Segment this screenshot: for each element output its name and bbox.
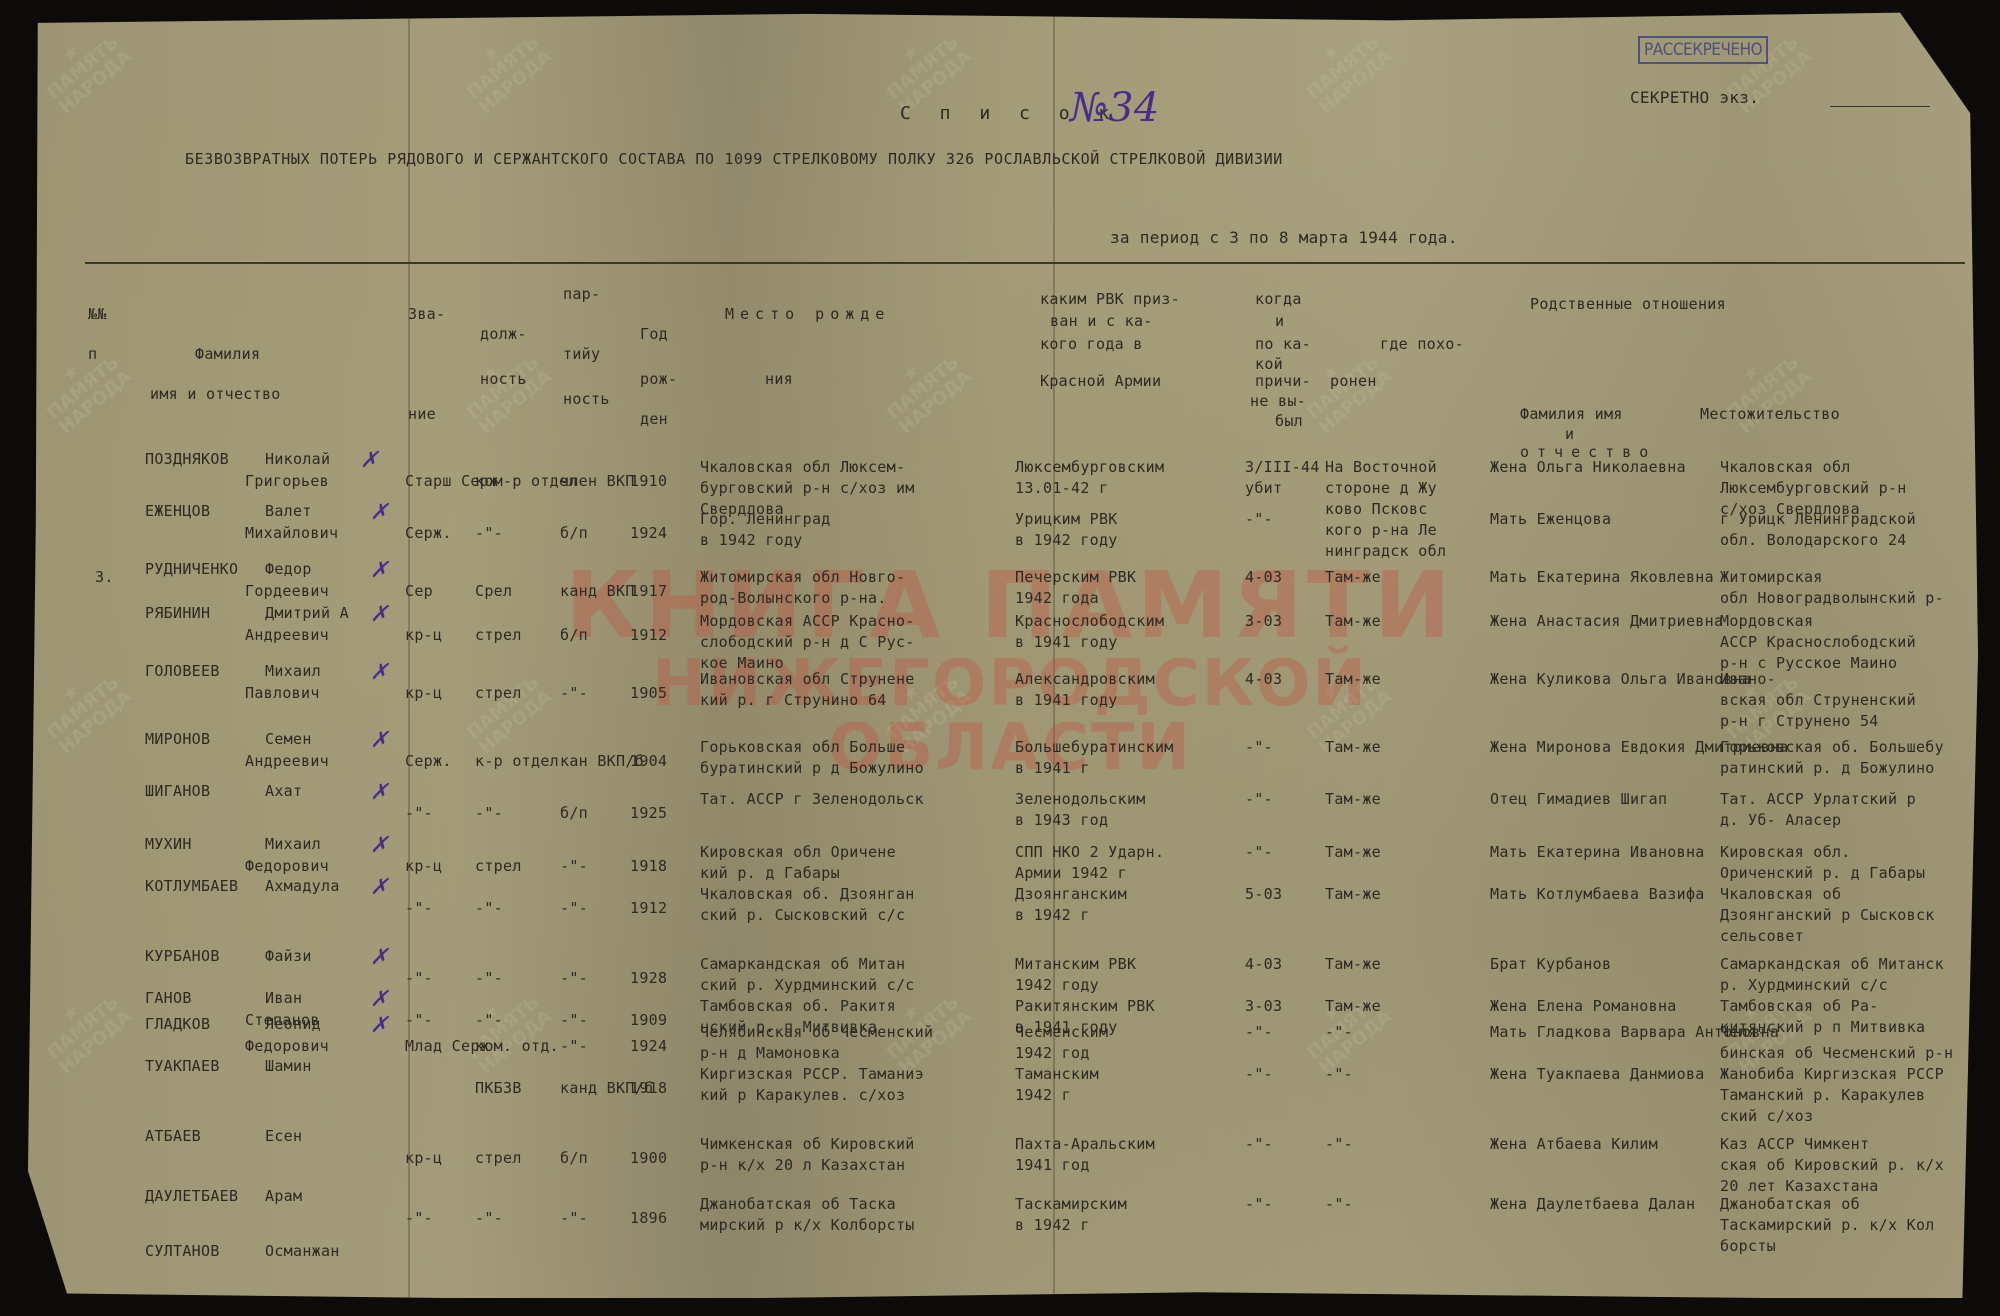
draft-office: Чесменским <box>1015 1023 1108 1041</box>
given-name: Ахмадула <box>265 877 340 895</box>
given-name: Николай <box>265 450 330 468</box>
given-name: Ахат <box>265 782 302 800</box>
birth-year: 1918 <box>630 1079 667 1097</box>
relative-name: Брат Курбанов <box>1490 955 1611 973</box>
draft-office: Урицким РВК <box>1015 510 1118 528</box>
draft-office: 13.01-42 г <box>1015 479 1108 497</box>
party-membership: -"- <box>560 857 588 875</box>
given-name: Иван <box>265 989 302 1007</box>
check-mark: ✗ <box>370 660 389 685</box>
draft-office: 1942 г <box>1015 1086 1071 1104</box>
relative-address: Чкаловская обл <box>1720 458 1851 476</box>
row-number: 3. <box>95 568 114 586</box>
rank: Сер <box>405 582 433 600</box>
birthplace: род-Волынского р-на. <box>700 589 887 607</box>
header-rank-sub: ние <box>408 405 436 423</box>
relative-name: Жена Туакпаева Данмиова <box>1490 1065 1705 1083</box>
rank: Серж. <box>405 524 452 542</box>
header-rule <box>85 262 1965 264</box>
party-membership: -"- <box>560 1037 588 1055</box>
header-when-6: не вы- <box>1250 392 1306 410</box>
header-draft-4: Красной Армии <box>1040 372 1161 390</box>
party-membership: б/п <box>560 626 588 644</box>
birthplace: Киргизская РССР. Таманиэ <box>700 1065 924 1083</box>
birthplace: кий р. д Габары <box>700 864 840 882</box>
position: стрел <box>475 684 522 702</box>
relative-address: Тат. АССР Урлатский р <box>1720 790 1916 808</box>
date-and-cause: 5-03 <box>1245 885 1282 903</box>
position: стрел <box>475 626 522 644</box>
date-and-cause: 4-03 <box>1245 955 1282 973</box>
relative-address: Тамбовская об Ра- <box>1720 997 1879 1015</box>
header-residence: Местожительство <box>1700 405 1840 423</box>
check-mark: ✗ <box>370 558 389 583</box>
birth-year: 1900 <box>630 1149 667 1167</box>
relative-address: Ориченский р. д Габары <box>1720 864 1925 882</box>
reporting-period: за период с 3 по 8 марта 1944 года. <box>1110 228 1458 247</box>
position: -"- <box>475 1209 503 1227</box>
relative-name: Жена Куликова Ольга Ивановна <box>1490 670 1751 688</box>
relative-name: Жена Елена Романовна <box>1490 997 1677 1015</box>
birth-year: 1917 <box>630 582 667 600</box>
given-name: Шамин <box>265 1057 312 1075</box>
fold-line <box>1053 10 1055 1300</box>
draft-office: в 1942 году <box>1015 531 1118 549</box>
rank: -"- <box>405 1011 433 1029</box>
position: -"- <box>475 1011 503 1029</box>
birthplace: Гор. Ленинград <box>700 510 831 528</box>
date-and-cause: -"- <box>1245 738 1273 756</box>
header-rank: Зва- <box>408 305 445 323</box>
relative-address: обл. Володарского 24 <box>1720 531 1907 549</box>
birthplace: Кировская обл Оричене <box>700 843 896 861</box>
draft-office: 1942 год <box>1015 1044 1090 1062</box>
birth-year: 1928 <box>630 969 667 987</box>
burial-place: Там-же <box>1325 955 1381 973</box>
check-mark: ✗ <box>370 875 389 900</box>
relative-address: ский с/хоз <box>1720 1107 1813 1125</box>
burial-place: ково Псковс <box>1325 500 1428 518</box>
patronymic: Григорьев <box>245 472 329 490</box>
party-membership: -"- <box>560 899 588 917</box>
party-membership: б/п <box>560 1149 588 1167</box>
relative-address: Дзоянганский р Сысковск <box>1720 906 1935 924</box>
birthplace: Чкаловская об. Дзоянган <box>700 885 915 903</box>
relative-address: Кировская обл. <box>1720 843 1851 861</box>
party-membership: -"- <box>560 969 588 987</box>
party-membership: -"- <box>560 1209 588 1227</box>
position: -"- <box>475 804 503 822</box>
relative-address: Жанобиба Киргизская РССР <box>1720 1065 1944 1083</box>
position: стрел <box>475 1149 522 1167</box>
relative-address: Житомирская <box>1720 568 1823 586</box>
relative-address: Челя- <box>1720 1023 1767 1041</box>
burial-place: Там-же <box>1325 612 1381 630</box>
header-draft: каким РВК приз- <box>1040 290 1180 308</box>
relative-address: бинская об Чесменский р-н <box>1720 1044 1953 1062</box>
secrecy-label: СЕКРЕТНО экз. <box>1630 88 1759 107</box>
position: ПКБЗВ <box>475 1079 522 1097</box>
check-mark: ✗ <box>360 448 379 473</box>
header-position: долж- <box>480 325 527 343</box>
birthplace: Самаркандская об Митан <box>700 955 905 973</box>
scan-edge-left <box>0 0 28 1316</box>
draft-office: в 1943 год <box>1015 811 1108 829</box>
draft-office: Пахта-Аральским <box>1015 1135 1155 1153</box>
birth-year: 1909 <box>630 1011 667 1029</box>
relative-name: Мать Екатерина Яковлевна <box>1490 568 1714 586</box>
header-burial: где похо- <box>1380 335 1464 353</box>
rank: -"- <box>405 899 433 917</box>
given-name: Арам <box>265 1187 302 1205</box>
relative-address: ская об Кировский р. к/х <box>1720 1156 1944 1174</box>
surname: МУХИН <box>145 835 192 853</box>
position: -"- <box>475 899 503 917</box>
surname: ГЛАДКОВ <box>145 1015 210 1033</box>
birth-year: 1905 <box>630 684 667 702</box>
burial-place: Там-же <box>1325 568 1381 586</box>
draft-office: Зеленодольским <box>1015 790 1146 808</box>
birthplace: в 1942 году <box>700 531 803 549</box>
surname: ПОЗДНЯКОВ <box>145 450 229 468</box>
copy-number-line <box>1830 106 1930 107</box>
surname: ШИГАНОВ <box>145 782 210 800</box>
burial-place: Там-же <box>1325 997 1381 1015</box>
declassified-stamp: РАССЕКРЕЧЕНО <box>1638 36 1768 64</box>
date-and-cause: -"- <box>1245 1195 1273 1213</box>
burial-place: Там-же <box>1325 738 1381 756</box>
relative-address: р. Хурдминский с/с <box>1720 976 1888 994</box>
birthplace: Горьковская обл Больше <box>700 738 905 756</box>
surname: ДАУЛЕТБАЕВ <box>145 1187 238 1205</box>
relative-address: Чкаловская об <box>1720 885 1841 903</box>
header-birthplace-sub: ния <box>765 370 793 388</box>
date-and-cause: -"- <box>1245 1065 1273 1083</box>
burial-place: нинградск обл <box>1325 542 1446 560</box>
relative-address: ратинский р. д Божулино <box>1720 759 1935 777</box>
date-and-cause: -"- <box>1245 843 1273 861</box>
birthplace: бурговский р-н с/хоз им <box>700 479 915 497</box>
birthplace: ский р. Сысковский с/с <box>700 906 905 924</box>
draft-office: Митанским РВК <box>1015 955 1136 973</box>
party-membership: -"- <box>560 1011 588 1029</box>
burial-place: -"- <box>1325 1023 1353 1041</box>
header-year-2: рож- <box>640 370 677 388</box>
rank: кр-ц <box>405 626 442 644</box>
given-name: Семен <box>265 730 312 748</box>
list-number: №34 <box>1070 85 1160 131</box>
burial-place: Там-же <box>1325 885 1381 903</box>
date-and-cause: -"- <box>1245 790 1273 808</box>
birthplace: буратинский р д Божулино <box>700 759 924 777</box>
surname: ГАНОВ <box>145 989 192 1007</box>
draft-office: Краснослободским <box>1015 612 1164 630</box>
check-mark: ✗ <box>370 833 389 858</box>
fold-line <box>408 10 410 1300</box>
header-party-3: ность <box>563 390 610 408</box>
patronymic: Федорович <box>245 1037 329 1055</box>
surname: РУДНИЧЕНКО <box>145 560 238 578</box>
header-year: Год <box>640 325 668 343</box>
relative-address: Таскамирский р. к/х Кол <box>1720 1216 1935 1234</box>
check-mark: ✗ <box>370 945 389 970</box>
relative-address: Люксембурговский р-н <box>1720 479 1907 497</box>
birthplace: кий р. г Струнино 64 <box>700 691 887 709</box>
birthplace: Ивановская обл Струнене <box>700 670 915 688</box>
surname: КОТЛУМБАЕВ <box>145 877 238 895</box>
header-party-2: тийу <box>563 345 600 363</box>
given-name: Леонид <box>265 1015 321 1033</box>
birthplace: мирский р к/х Колборсты <box>700 1216 915 1234</box>
surname: АТБАЕВ <box>145 1127 201 1145</box>
relative-address: Каз АССР Чимкент <box>1720 1135 1869 1153</box>
party-membership: член ВКП <box>560 472 635 490</box>
birthplace: р-н к/х 20 л Казахстан <box>700 1156 905 1174</box>
check-mark: ✗ <box>370 728 389 753</box>
burial-place: -"- <box>1325 1065 1353 1083</box>
check-mark: ✗ <box>370 602 389 627</box>
document-subtitle: безвозвратных потерь рядового и сержантс… <box>185 150 1283 168</box>
date-and-cause: 4-03 <box>1245 568 1282 586</box>
draft-office: 1942 году <box>1015 976 1099 994</box>
burial-place: Там-же <box>1325 790 1381 808</box>
header-given-name: имя и отчество <box>150 385 281 403</box>
birth-year: 1910 <box>630 472 667 490</box>
rank: кр-ц <box>405 1149 442 1167</box>
patronymic: Андреевич <box>245 626 329 644</box>
party-membership: б/п <box>560 804 588 822</box>
surname: СУЛТАНОВ <box>145 1242 220 1260</box>
rank: кр-ц <box>405 857 442 875</box>
birthplace: р-н д Мамоновка <box>700 1044 840 1062</box>
header-draft-2: ван и с ка- <box>1050 312 1153 330</box>
header-when-5: причи- <box>1255 372 1311 390</box>
relative-name: Жена Даулетбаева Далан <box>1490 1195 1695 1213</box>
birthplace: Челябинская об Чесменский <box>700 1023 933 1041</box>
relative-address: АССР Краснослободский <box>1720 633 1916 651</box>
position: стрел <box>475 857 522 875</box>
relative-address: Ивано- <box>1720 670 1776 688</box>
relative-address: р-н г Струнено 54 <box>1720 712 1879 730</box>
header-when: когда <box>1255 290 1302 308</box>
burial-place: -"- <box>1325 1135 1353 1153</box>
surname: ТУАКПАЕВ <box>145 1057 220 1075</box>
birth-year: 1925 <box>630 804 667 822</box>
birth-year: 1896 <box>630 1209 667 1227</box>
surname: ГОЛОВЕЕВ <box>145 662 220 680</box>
burial-place: стороне д Жу <box>1325 479 1437 497</box>
header-num-sub: п <box>88 345 97 363</box>
relative-address: Горьковская об. Большебу <box>1720 738 1944 756</box>
surname: РЯБИНИН <box>145 604 210 622</box>
draft-office: 1942 года <box>1015 589 1099 607</box>
scan-edge-right <box>1985 0 2000 1316</box>
date-and-cause: -"- <box>1245 510 1273 528</box>
draft-office: Таскамирским <box>1015 1195 1127 1213</box>
scan-edge-bottom <box>0 1298 2000 1316</box>
position: Срел <box>475 582 512 600</box>
given-name: Файзи <box>265 947 312 965</box>
relative-name: Жена Анастасия Дмитриевна <box>1490 612 1723 630</box>
birthplace: кий р Каракулев. с/хоз <box>700 1086 905 1104</box>
relative-address: сельсовет <box>1720 927 1804 945</box>
party-membership: канд ВКП <box>560 582 635 600</box>
burial-place: На Восточной <box>1325 458 1437 476</box>
burial-place: кого р-на Ле <box>1325 521 1437 539</box>
burial-place: -"- <box>1325 1195 1353 1213</box>
header-relative-name: Фамилия имя <box>1520 405 1623 423</box>
relative-name: Мать Еженцова <box>1490 510 1611 528</box>
header-party: пар- <box>563 285 600 303</box>
check-mark: ✗ <box>370 1013 389 1038</box>
birthplace: Житомирская обл Новго- <box>700 568 905 586</box>
draft-office: СПП НКО 2 Ударн. <box>1015 843 1164 861</box>
date-and-cause: 4-03 <box>1245 670 1282 688</box>
relative-address: Самаркандская об Митанск <box>1720 955 1944 973</box>
date-and-cause: 3-03 <box>1245 997 1282 1015</box>
birthplace: ский р. Хурдминский с/с <box>700 976 915 994</box>
patronymic: Федорович <box>245 857 329 875</box>
burial-place: Там-же <box>1325 843 1381 861</box>
check-mark: ✗ <box>370 500 389 525</box>
given-name: Османжан <box>265 1242 340 1260</box>
date-and-cause: 3-03 <box>1245 612 1282 630</box>
header-draft-3: кого года в <box>1040 335 1143 353</box>
relative-address: вская обл Струненский <box>1720 691 1916 709</box>
rank: -"- <box>405 1209 433 1227</box>
position: ком. отд. <box>475 1037 559 1055</box>
draft-office: в 1942 г <box>1015 1216 1090 1234</box>
draft-office: Армии 1942 г <box>1015 864 1127 882</box>
header-num: №№ <box>88 305 107 323</box>
relative-name: Жена Атбаева Килим <box>1490 1135 1658 1153</box>
party-membership: -"- <box>560 684 588 702</box>
birth-year: 1912 <box>630 626 667 644</box>
scan-edge-top <box>0 0 2000 12</box>
check-mark: ✗ <box>370 780 389 805</box>
relative-name: Жена Ольга Николаевна <box>1490 458 1686 476</box>
relative-address: 20 лет Казахстана <box>1720 1177 1879 1195</box>
check-mark: ✗ <box>370 987 389 1012</box>
draft-office: Александровским <box>1015 670 1155 688</box>
birth-year: 1924 <box>630 1037 667 1055</box>
burial-place: Там-же <box>1325 670 1381 688</box>
rank: Серж. <box>405 752 452 770</box>
draft-office: в 1941 году <box>1015 691 1118 709</box>
relative-address: обл Новоградволынский р- <box>1720 589 1944 607</box>
header-relative-name-2: и <box>1565 425 1574 443</box>
position: -"- <box>475 969 503 987</box>
surname: ЕЖЕНЦОВ <box>145 502 210 520</box>
birthplace: Чимкенская об Кировский <box>700 1135 915 1153</box>
relative-name: Мать Екатерина Ивановна <box>1490 843 1705 861</box>
rank: -"- <box>405 804 433 822</box>
given-name: Федор <box>265 560 312 578</box>
header-when-7: был <box>1275 412 1303 430</box>
given-name: Валет <box>265 502 312 520</box>
patronymic: Михайлович <box>245 524 338 542</box>
date-and-cause: 3/III-44 <box>1245 458 1320 476</box>
birth-year: 1904 <box>630 752 667 770</box>
birthplace: Чкаловская обл Люксем- <box>700 458 905 476</box>
draft-office: Таманским <box>1015 1065 1099 1083</box>
draft-office: 1941 год <box>1015 1156 1090 1174</box>
rank: кр-ц <box>405 684 442 702</box>
relative-address: д. Уб- Аласер <box>1720 811 1841 829</box>
given-name: Михаил <box>265 662 321 680</box>
position: к-р отдел <box>475 752 559 770</box>
relative-address: борсты <box>1720 1237 1776 1255</box>
header-birthplace: Место рожде <box>725 305 890 323</box>
date-and-cause: -"- <box>1245 1023 1273 1041</box>
birthplace: Джанобатская об Таска <box>700 1195 896 1213</box>
birthplace: слободский р-н д С Рус- <box>700 633 915 651</box>
position: -"- <box>475 524 503 542</box>
header-when-2: и <box>1275 312 1284 330</box>
surname: МИРОНОВ <box>145 730 210 748</box>
birth-year: 1924 <box>630 524 667 542</box>
rank: -"- <box>405 969 433 987</box>
given-name: Есен <box>265 1127 302 1145</box>
header-when-3: по ка- <box>1255 335 1311 353</box>
birthplace: Тамбовская об. Ракитя <box>700 997 896 1015</box>
draft-office: Печерским РВК <box>1015 568 1136 586</box>
birth-year: 1918 <box>630 857 667 875</box>
patronymic: Андреевич <box>245 752 329 770</box>
date-and-cause: убит <box>1245 479 1282 497</box>
surname: КУРБАНОВ <box>145 947 220 965</box>
relative-address: Таманский р. Каракулев <box>1720 1086 1925 1104</box>
relative-address: Мордовская <box>1720 612 1813 630</box>
draft-office: в 1942 г <box>1015 906 1090 924</box>
header-when-4: кой <box>1255 355 1283 373</box>
draft-office: в 1941 году <box>1015 633 1118 651</box>
header-relatives: Родственные отношения <box>1530 295 1726 313</box>
draft-office: Дзоянганским <box>1015 885 1127 903</box>
draft-office: Ракитянским РВК <box>1015 997 1155 1015</box>
birthplace: Тат. АССР г Зеленодольск <box>700 790 924 808</box>
draft-office: Большебуратинским <box>1015 738 1174 756</box>
birthplace: Мордовская АССР Красно- <box>700 612 915 630</box>
relative-name: Мать Котлумбаева Вазифа <box>1490 885 1705 903</box>
patronymic: Гордеевич <box>245 582 329 600</box>
header-year-3: ден <box>640 410 668 428</box>
given-name: Дмитрий А <box>265 604 349 622</box>
relative-address: Джанобатская об <box>1720 1195 1860 1213</box>
relative-name: Отец Гимадиев Шигап <box>1490 790 1667 808</box>
document-page <box>28 10 1978 1300</box>
draft-office: в 1941 г <box>1015 759 1090 777</box>
date-and-cause: -"- <box>1245 1135 1273 1153</box>
relative-address: г Урицк Ленинградской <box>1720 510 1916 528</box>
given-name: Михаил <box>265 835 321 853</box>
header-position-sub: ность <box>480 370 527 388</box>
draft-office: Люксембурговским <box>1015 458 1164 476</box>
party-membership: б/п <box>560 524 588 542</box>
patronymic: Павлович <box>245 684 320 702</box>
header-burial-sub: ронен <box>1330 372 1377 390</box>
birth-year: 1912 <box>630 899 667 917</box>
header-surname: Фамилия <box>195 345 260 363</box>
